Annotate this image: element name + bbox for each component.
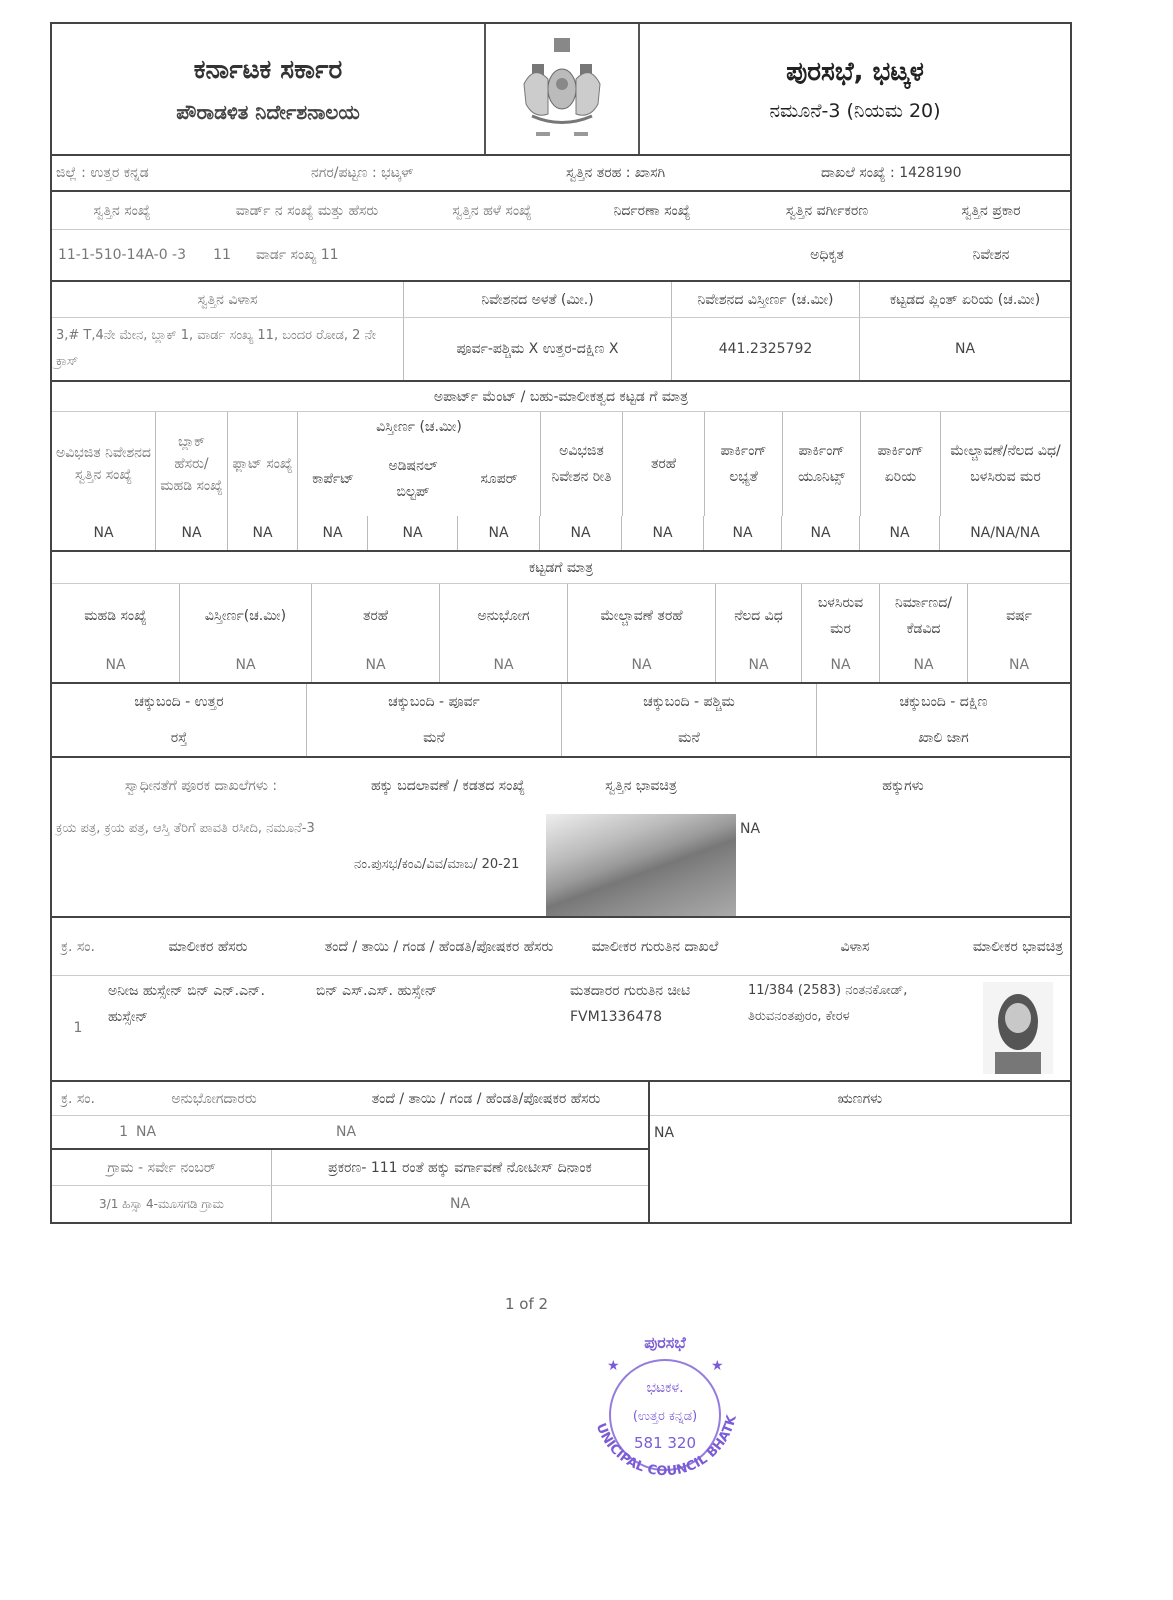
header-plinth: ಕಟ್ಟಡದ ಪ್ಲಿಂತ್ ಏರಿಯ (ಚ.ಮೀ) (860, 282, 1070, 317)
boundary-header-1: ಚಕ್ಕುಬಂದಿ - ಪೂರ್ವ (307, 684, 562, 720)
occ-header-sl: ಕ್ರ. ಸಂ. (52, 1082, 104, 1115)
apt-header-parking-area: ಪಾರ್ಕಿಂಗ್ ಏರಿಯ (861, 412, 941, 516)
page-number: 1 of 2 (505, 1295, 548, 1313)
survey-header-village: ಗ್ರಾಮ - ಸರ್ವೇ ನಂಬರ್ (52, 1150, 272, 1185)
building-value-0: NA (52, 648, 180, 682)
boundary-header-2: ಚಕ್ಕುಬಂದಿ - ಪಶ್ಚಿಮ (562, 684, 817, 720)
building-value-1: NA (180, 648, 312, 682)
header-ward: ವಾರ್ಡ್ ನ ಸಂಖ್ಯೆ ಮತ್ತು ಹೆಸರು (192, 192, 422, 229)
building-header-8: ವರ್ಷ (968, 584, 1070, 648)
apt-area-group-label: ವಿಸ್ತೀರ್ಣ (ಚ.ಮೀ) (298, 412, 540, 442)
occ-header-name: ಅನುಭೋಗದಾರರು (104, 1082, 324, 1115)
building-header-2: ತರಹೆ (312, 584, 440, 648)
site-dimensions: ಪೂರ್ವ-ಪಶ್ಚಿಮ X ಉತ್ತರ-ದಕ್ಷಿಣ X (404, 318, 672, 380)
building-value-6: NA (802, 648, 880, 682)
boundary-value-1: ಮನೆ (307, 720, 562, 756)
header-left: ಕರ್ನಾಟಕ ಸರ್ಕಾರ ಪೌರಾಡಳಿತ ನಿರ್ದೇಶನಾಲಯ (52, 24, 486, 154)
svg-text:ಪುರಸಭೆ: ಪುರಸಭೆ (644, 1333, 686, 1352)
svg-text:581 320: 581 320 (634, 1434, 696, 1452)
file-number: ನಂ.ಪುಸಭ/ಕಂವಿ/ವಿವ/ಮಾಬ/ 20-21 (350, 814, 546, 916)
info-row: ಜಿಲ್ಲೆ : ಉತ್ತರ ಕನ್ನಡ ನಗರ/ಪಟ್ಟಣ : ಭಟ್ಕಳ್ … (50, 154, 1072, 190)
building-header-row: ಮಹಡಿ ಸಂಖ್ಯೆವಿಸ್ತೀರ್ಣ(ಚ.ಮೀ)ತರಹೆಅನುಭೋಗಮೇಲ್… (52, 584, 1070, 648)
building-value-3: NA (440, 648, 568, 682)
svg-text:★: ★ (607, 1358, 620, 1374)
building-value-5: NA (716, 648, 802, 682)
owner-photo-cell (966, 976, 1070, 1080)
apt-header-block: ಬ್ಲಾಕ್ ಹೆಸರು/ ಮಹಡಿ ಸಂಖ್ಯೆ (156, 412, 228, 516)
owner-header-sl: ಕ್ರ. ಸಂ. (52, 918, 104, 975)
header-file-no: ಹಕ್ಕು ಬದಲಾವಣೆ / ಕಡತದ ಸಂಖ್ಯೆ (350, 758, 546, 814)
owners-section: ಕ್ರ. ಸಂ. ಮಾಲೀಕರ ಹೆಸರು ತಂದೆ / ತಾಯಿ / ಗಂಡ … (50, 916, 1072, 1080)
owner-sl: 1 (52, 976, 104, 1080)
apt-value-11: NA/NA/NA (940, 516, 1070, 550)
apt-header-parking-units: ಪಾರ್ಕಿಂಗ್ ಯೂನಿಟ್ಸ್ (783, 412, 861, 516)
rights: NA (736, 814, 1070, 916)
apt-value-8: NA (704, 516, 782, 550)
karnataka-emblem-icon (514, 34, 610, 144)
owner-address: 11/384 (2583) ನಂತನಕೋಡ್, ತಿರುವನಂತಪುರಂ, ಕೇ… (744, 976, 966, 1080)
property-record-form: ಕರ್ನಾಟಕ ಸರ್ಕಾರ ಪೌರಾಡಳಿತ ನಿರ್ದೇಶನಾಲಯ ಪುರಸ… (50, 22, 1072, 1224)
owner-id-document: ಮತದಾರರ ಗುರುತಿನ ಚೀಟಿ FVM1336478 (566, 976, 744, 1080)
header-address: ಸ್ವತ್ತಿನ ವಿಳಾಸ (52, 282, 404, 317)
occupants-section: ಕ್ರ. ಸಂ. ಅನುಭೋಗದಾರರು ತಂದೆ / ತಾಯಿ / ಗಂಡ /… (50, 1080, 1072, 1224)
rights-col: ಹಕ್ಕುಗಳು NA (736, 758, 1070, 916)
survey-village: 3/1 ಹಿಸ್ಸಾ 4-ಮೂಸಗಡಿ ಗ್ರಾಮ (52, 1186, 272, 1222)
building-header-0: ಮಹಡಿ ಸಂಖ್ಯೆ (52, 584, 180, 648)
classification: ಅಧಿಕೃತ (742, 230, 912, 280)
apt-header-type: ತರಹೆ (623, 412, 705, 516)
boundary-value-0: ರಸ್ತೆ (52, 720, 307, 756)
district: ಜಿಲ್ಲೆ : ಉತ್ತರ ಕನ್ನಡ (52, 156, 307, 190)
building-header-5: ನೆಲದ ವಿಧ (716, 584, 802, 648)
boundary-header-3: ಚಕ್ಕುಬಂದಿ - ದಕ್ಷಿಣ (817, 684, 1070, 720)
supporting-docs-col: ಸ್ವಾಧೀನತೆಗೆ ಪೂರಕ ದಾಖಲೆಗಳು : ಕ್ರಯ ಪತ್ರ, ಕ… (52, 758, 350, 916)
apt-value-2: NA (228, 516, 298, 550)
encumbrance-header: ಋಣಗಳು (650, 1082, 1070, 1116)
file-no-col: ಹಕ್ಕು ಬದಲಾವಣೆ / ಕಡತದ ಸಂಖ್ಯೆ ನಂ.ಪುಸಭ/ಕಂವಿ… (350, 758, 546, 916)
apt-value-9: NA (782, 516, 860, 550)
form-name: ನಮೂನೆ-3 (ನಿಯಮ 20) (769, 100, 940, 122)
boundaries-section: ಚಕ್ಕುಬಂದಿ - ಉತ್ತರಚಕ್ಕುಬಂದಿ - ಪೂರ್ವಚಕ್ಕುಬ… (50, 682, 1072, 756)
apt-header-method: ಅವಿಭಜಿತ ನಿವೇಶನ ರೀತಿ (541, 412, 623, 516)
boundary-header-0: ಚಕ್ಕುಬಂದಿ - ಉತ್ತರ (52, 684, 307, 720)
apt-values-row: NANANANANANANANANANANANA/NA/NA (52, 516, 1070, 550)
town: ನಗರ/ಪಟ್ಟಣ : ಭಟ್ಕಳ್ (307, 156, 562, 190)
building-header-4: ಮೇಲ್ಚಾವಣೆ ತರಹೆ (568, 584, 716, 648)
apt-value-5: NA (458, 516, 540, 550)
apt-value-6: NA (540, 516, 622, 550)
boundary-values-row: ರಸ್ತೆಮನೆಮನೆಖಾಲಿ ಜಾಗ (52, 720, 1070, 756)
occ-parent: NA (332, 1116, 648, 1148)
boundary-value-3: ಖಾಲಿ ಜಾಗ (817, 720, 1070, 756)
boundary-value-2: ಮನೆ (562, 720, 817, 756)
header-site-area: ನಿವೇಶನದ ವಿಸ್ತೀರ್ಣ (ಚ.ಮೀ) (672, 282, 860, 317)
header-assessment-no: ನಿರ್ದರಣಾ ಸಂಖ್ಯೆ (562, 192, 742, 229)
directorate-title: ಪೌರಾಡಳಿತ ನಿರ್ದೇಶನಾಲಯ (176, 100, 360, 124)
apt-value-10: NA (860, 516, 940, 550)
site-area: 441.2325792 (672, 318, 860, 380)
owner-header-parent: ತಂದೆ / ತಾಯಿ / ಗಂಡ / ಹೆಂಡತಿ/ಪೋಷಕರ ಹೆಸರು (312, 918, 566, 975)
property-section: ಸ್ವತ್ತಿನ ಸಂಖ್ಯೆ ವಾರ್ಡ್ ನ ಸಂಖ್ಯೆ ಮತ್ತು ಹೆ… (50, 190, 1072, 280)
record-number: ದಾಖಲೆ ಸಂಖ್ಯೆ : 1428190 (817, 156, 1070, 190)
property-type: ಸ್ವತ್ತಿನ ತರಹ : ಖಾಸಗಿ (562, 156, 817, 190)
documents-section: ಸ್ವಾಧೀನತೆಗೆ ಪೂರಕ ದಾಖಲೆಗಳು : ಕ್ರಯ ಪತ್ರ, ಕ… (50, 756, 1072, 916)
building-values-row: NANANANANANANANANA (52, 648, 1070, 682)
building-value-8: NA (968, 648, 1070, 682)
occ-sl: 1 (52, 1116, 132, 1148)
property-photo (546, 814, 736, 916)
apt-value-4: NA (368, 516, 458, 550)
header-property-photo: ಸ್ವತ್ತಿನ ಭಾವಚಿತ್ರ (546, 758, 736, 814)
apartment-section: ಅಪಾರ್ಟ್ ಮೆಂಟ್ / ಬಹು-ಮಾಲೀಕತ್ವದ ಕಟ್ಟಡ ಗೆ ಮ… (50, 380, 1072, 550)
apt-value-1: NA (156, 516, 228, 550)
header-supporting-docs: ಸ್ವಾಧೀನತೆಗೆ ಪೂರಕ ದಾಖಲೆಗಳು : (52, 758, 350, 814)
form-header: ಕರ್ನಾಟಕ ಸರ್ಕಾರ ಪೌರಾಡಳಿತ ನಿರ್ದೇಶನಾಲಯ ಪುರಸ… (50, 22, 1072, 154)
emblem-cell (486, 24, 640, 154)
property-photo-col: ಸ್ವತ್ತಿನ ಭಾವಚಿತ್ರ (546, 758, 736, 916)
apt-header-undivided-no: ಅವಿಭಜಿತ ನಿವೇಶನದ ಸ್ವತ್ತಿನ ಸಂಖ್ಯೆ (52, 412, 156, 516)
building-header-7: ನಿರ್ಮಾಣದ/ ಕೆಡವಿದ (880, 584, 968, 648)
owner-header-id: ಮಾಲೀಕರ ಗುರುತಿನ ದಾಖಲೆ (566, 918, 744, 975)
survey-notice-date: NA (272, 1186, 648, 1222)
apt-header-carpet: ಕಾರ್ಪೆಟ್ (298, 442, 368, 516)
supporting-docs: ಕ್ರಯ ಪತ್ರ, ಕ್ರಯ ಪತ್ರ, ಆಸ್ತಿ ತೆರಿಗೆ ಪಾವತಿ… (52, 814, 350, 916)
apt-header-parking-avail: ಪಾರ್ಕಿಂಗ್ ಲಭ್ಯತೆ (705, 412, 783, 516)
header-rights: ಹಕ್ಕುಗಳು (736, 758, 1070, 814)
boundary-header-row: ಚಕ್ಕುಬಂದಿ - ಉತ್ತರಚಕ್ಕುಬಂದಿ - ಪೂರ್ವಚಕ್ಕುಬ… (52, 684, 1070, 720)
header-old-no: ಸ್ವತ್ತಿನ ಹಳೆ ಸಂಖ್ಯೆ (422, 192, 562, 229)
building-header-6: ಬಳಸಿರುವ ಮರ (802, 584, 880, 648)
ward-number: 11 (192, 230, 252, 280)
apt-value-3: NA (298, 516, 368, 550)
svg-text:(ಉತ್ತರ ಕನ್ನಡ): (ಉತ್ತರ ಕನ್ನಡ) (633, 1409, 697, 1424)
council-title: ಪುರಸಭೆ, ಭಟ್ಕಳ (786, 57, 924, 88)
survey-header-notice: ಪ್ರಕರಣ- 111 ರಂತೆ ಹಕ್ಕು ವರ್ಗಾವಣೆ ನೋಟೀಸ್ ದ… (272, 1150, 648, 1185)
apt-header-super: ಸೂಪರ್ (458, 442, 540, 516)
svg-text:★: ★ (711, 1358, 724, 1374)
owner-header-photo: ಮಾಲೀಕರ ಭಾವಚಿತ್ರ (966, 918, 1070, 975)
building-value-7: NA (880, 648, 968, 682)
building-section: ಕಟ್ಟಡಗೆ ಮಾತ್ರ ಮಹಡಿ ಸಂಖ್ಯೆವಿಸ್ತೀರ್ಣ(ಚ.ಮೀ)… (50, 550, 1072, 682)
apt-value-7: NA (622, 516, 704, 550)
header-dimensions: ನಿವೇಶನದ ಅಳತೆ (ಮೀ.) (404, 282, 672, 317)
council-seal-stamp: ಪುರಸಭೆ ಭಟಕಳ. (ಉತ್ತರ ಕನ್ನಡ) 581 320 TOWN … (565, 1310, 765, 1510)
owner-header-name: ಮಾಲೀಕರ ಹೆಸರು (104, 918, 312, 975)
header-right: ಪುರಸಭೆ, ಭಟ್ಕಳ ನಮೂನೆ-3 (ನಿಯಮ 20) (640, 24, 1070, 154)
owner-parent-name: ಬಿನ್ ಎಸ್.ಎಸ್. ಹುಸ್ಸೇನ್ (312, 976, 566, 1080)
property-address: 3,# T,4ನೇ ಮೇನ, ಬ್ಲಾಕ್ 1, ವಾರ್ಡ ಸಂಖ್ಯ 11,… (52, 318, 404, 380)
owner-name: ಅನೀಜ ಹುಸ್ಸೇನ್ ಬಿನ್ ಎನ್.ಎನ್. ಹುಸ್ಸೇನ್ (104, 976, 312, 1080)
site-section: ಸ್ವತ್ತಿನ ವಿಳಾಸ ನಿವೇಶನದ ಅಳತೆ (ಮೀ.) ನಿವೇಶನ… (50, 280, 1072, 380)
apt-header-additional: ಅಡಿಷನಲ್ ಬಿಲ್ಟಪ್ (368, 442, 458, 516)
property-kind: ನಿವೇಶನ (912, 230, 1070, 280)
assessment-number (562, 230, 742, 280)
header-classification: ಸ್ವತ್ತಿನ ವರ್ಗೀಕರಣ (742, 192, 912, 229)
encumbrance-col: ಋಣಗಳು NA (650, 1082, 1072, 1222)
building-header-1: ವಿಸ್ತೀರ್ಣ(ಚ.ಮೀ) (180, 584, 312, 648)
header-property-no: ಸ್ವತ್ತಿನ ಸಂಖ್ಯೆ (52, 192, 192, 229)
owner-photo (983, 982, 1053, 1074)
owner-header-address: ವಿಳಾಸ (744, 918, 966, 975)
govt-title: ಕರ್ನಾಟಕ ಸರ್ಕಾರ (194, 55, 342, 86)
occ-name: NA (132, 1116, 332, 1148)
header-kind: ಸ್ವತ್ತಿನ ಪ್ರಕಾರ (912, 192, 1070, 229)
old-number (422, 230, 562, 280)
property-number: 11-1-510-14A-0 -3 (52, 230, 192, 280)
apt-header-roof: ಮೇಲ್ಚಾವಣೆ/ನೆಲದ ವಿಧ/ಬಳಸಿರುವ ಮರ (941, 412, 1070, 516)
svg-text:ಭಟಕಳ.: ಭಟಕಳ. (646, 1380, 683, 1396)
owner-row: 1 ಅನೀಜ ಹುಸ್ಸೇನ್ ಬಿನ್ ಎನ್.ಎನ್. ಹುಸ್ಸೇನ್ ಬ… (52, 976, 1070, 1080)
occupants-left: ಕ್ರ. ಸಂ. ಅನುಭೋಗದಾರರು ತಂದೆ / ತಾಯಿ / ಗಂಡ /… (52, 1082, 650, 1222)
plinth-area: NA (860, 318, 1070, 380)
building-value-2: NA (312, 648, 440, 682)
building-value-4: NA (568, 648, 716, 682)
building-header-3: ಅನುಭೋಗ (440, 584, 568, 648)
occ-header-parent: ತಂದೆ / ತಾಯಿ / ಗಂಡ / ಹೆಂಡತಿ/ಪೋಷಕರ ಹೆಸರು (324, 1082, 648, 1115)
ward-name: ವಾರ್ಡ ಸಂಖ್ಯ 11 (252, 230, 422, 280)
apt-area-group: ವಿಸ್ತೀರ್ಣ (ಚ.ಮೀ) ಕಾರ್ಪೆಟ್ ಅಡಿಷನಲ್ ಬಿಲ್ಟಪ… (298, 412, 541, 516)
apt-header-flat: ಫ್ಲಾಟ್ ಸಂಖ್ಯೆ (228, 412, 298, 516)
apartment-title: ಅಪಾರ್ಟ್ ಮೆಂಟ್ / ಬಹು-ಮಾಲೀಕತ್ವದ ಕಟ್ಟಡ ಗೆ ಮ… (52, 382, 1070, 411)
building-title: ಕಟ್ಟಡಗೆ ಮಾತ್ರ (52, 552, 1070, 583)
encumbrance: NA (650, 1116, 1070, 1150)
apt-value-0: NA (52, 516, 156, 550)
